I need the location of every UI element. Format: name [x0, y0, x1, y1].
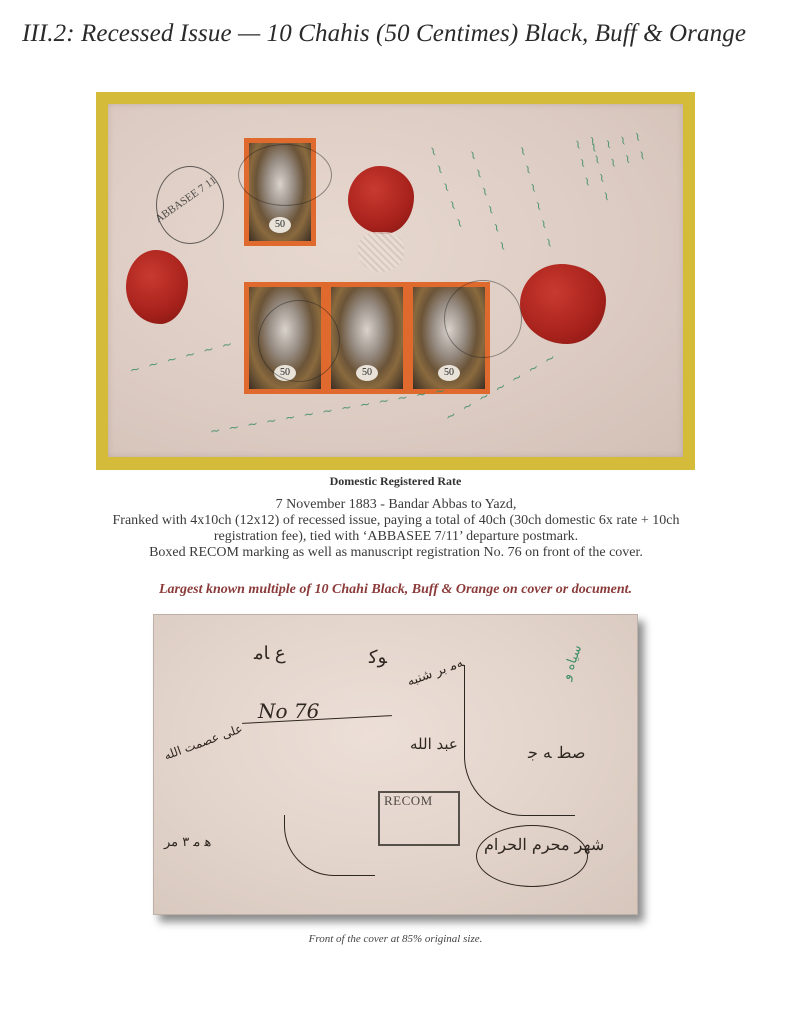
wax-seal	[126, 250, 188, 324]
stamp-value: 50	[438, 365, 460, 381]
embossed-flap	[358, 232, 404, 272]
flourish-stroke	[464, 665, 575, 816]
description: 7 November 1883 - Bandar Abbas to Yazd, …	[90, 497, 702, 561]
highlight-note: Largest known multiple of 10 Chahi Black…	[0, 582, 791, 598]
wax-seal	[520, 264, 606, 344]
manuscript-address: ﻋﻠﯽ ﻋﺼﻤﺖ ﺍﻟﻠﻪ	[162, 721, 244, 762]
page-title: III.2: Recessed Issue — 10 Chahis (50 Ce…	[22, 20, 746, 48]
wax-seal	[348, 166, 414, 234]
flourish-stroke	[476, 825, 588, 887]
manuscript-green: ~ ~ ~ ~ ~ ~	[128, 336, 236, 378]
stamp-cancel	[258, 300, 340, 382]
cover-back-frame: ABBASEE 7 11 50 50 50 50 ~ ~ ~ ~ ~ ~ ~ ~…	[96, 92, 695, 470]
description-line: Boxed RECOM marking as well as manuscrip…	[90, 545, 702, 561]
stamp-cancel	[444, 280, 522, 358]
recom-boxed-marking: RECOM	[378, 791, 460, 846]
flourish-stroke	[284, 815, 375, 876]
manuscript-green: ~ ~ ~ ~ ~	[424, 144, 469, 233]
manuscript-green: ~ ~ ~ ~ ~ ~	[514, 144, 558, 252]
description-line: 7 November 1883 - Bandar Abbas to Yazd,	[90, 497, 702, 513]
manuscript-address: ﻉ ﺎﻣ	[254, 643, 286, 664]
stamp-value: 50	[269, 217, 291, 233]
manuscript-address: ﻫ ﻣ ٣ ﻣﺮ	[164, 835, 211, 850]
cover-front-caption: Front of the cover at 85% original size.	[0, 933, 791, 945]
cover-front-image: ﻉ ﺎﻣ ﻮﮐ ﻪﻣ ﺑﺮ ﺷﻨﺒﻪ No 76 ﻋﻠﯽ ﻋﺼﻤﺖ ﺍﻟﻠﻪ ﻋ…	[153, 614, 638, 915]
description-line: Franked with 4x10ch (12x12) of recessed …	[90, 513, 702, 545]
stamp-cancel	[238, 144, 332, 206]
cover-back-image: ABBASEE 7 11 50 50 50 50 ~ ~ ~ ~ ~ ~ ~ ~…	[108, 104, 683, 457]
cover-back-caption: Domestic Registered Rate	[0, 474, 791, 489]
manuscript-address: ﻪﻣ ﺑﺮ ﺷﻨﺒﻪ	[405, 655, 465, 689]
manuscript-address: ﻮﮐ	[369, 647, 387, 668]
manuscript-green: ~ ~ ~ ~ ~ ~	[464, 148, 512, 255]
stamp-value: 50	[356, 365, 378, 381]
manuscript-green-note: ﺳﯿﺎﻩ ﻭ	[559, 643, 585, 682]
manuscript-address: ﻋﺒﺪ ﺍﻟﻠﻪ	[410, 735, 458, 753]
